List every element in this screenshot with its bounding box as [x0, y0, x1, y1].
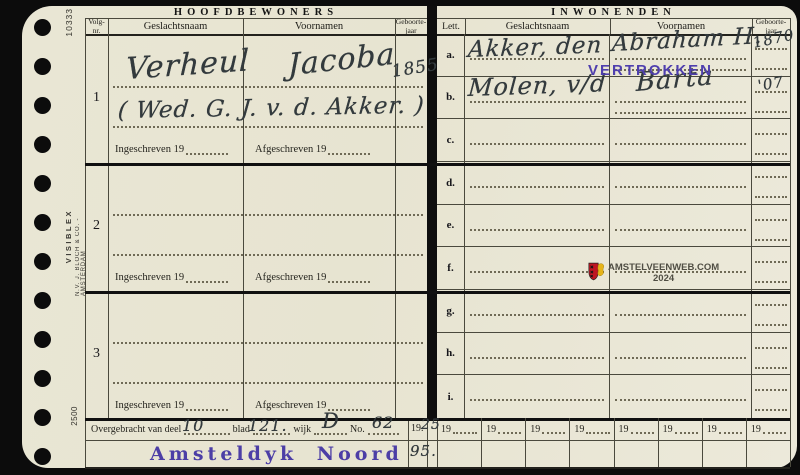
inwonende-row: h. — [437, 333, 790, 376]
entry-line — [113, 214, 423, 216]
printed-19: 19 — [663, 424, 673, 435]
hoofdbewoners-table: 1 Ingeschreven 19 Afgeschreven 19 2 Inge… — [85, 34, 427, 418]
hoofdbewoners-title: HOOFDBEWONERS — [85, 7, 427, 18]
label-text: Ingeschreven 19 — [115, 400, 184, 411]
group-separator — [85, 163, 790, 166]
binder-hole — [34, 253, 51, 270]
printed-19: 19 — [751, 424, 761, 435]
firstnames-cell — [610, 162, 752, 204]
left-col-voornamen-header: Voornamen — [243, 19, 395, 34]
entry-line — [113, 86, 423, 88]
year-cell-empty — [525, 440, 569, 467]
transfer-label: Overgebracht van deel — [91, 424, 181, 435]
entry-line — [470, 271, 604, 273]
firstnames-cell — [610, 375, 752, 418]
ingeschreven-label: Ingeschreven 19 — [115, 272, 228, 283]
label-text: Ingeschreven 19 — [115, 272, 184, 283]
afgeschreven-label: Afgeschreven 19 — [255, 144, 370, 155]
row-number: 3 — [85, 290, 108, 418]
inwonende-row: i. — [437, 375, 790, 418]
binder-hole — [34, 19, 51, 36]
row-letter: b. — [437, 77, 465, 119]
amstelveen-crest-icon — [588, 262, 605, 283]
entry-line — [470, 143, 604, 145]
hw-year-25: 25 — [421, 417, 441, 433]
year-cell-empty — [614, 440, 658, 467]
row-letter: d. — [437, 162, 465, 204]
card-serial-number: 10333 — [64, 8, 74, 37]
printed-19: 19 — [486, 424, 496, 435]
binder-hole — [34, 58, 51, 75]
entry-line — [615, 399, 746, 401]
binder-hole — [34, 214, 51, 231]
hoofdbewoner-row: 3 Ingeschreven 19 Afgeschreven 19 — [85, 290, 427, 418]
binder-hole — [34, 370, 51, 387]
inwonende-row: g. — [437, 290, 790, 333]
row-letter: h. — [437, 333, 465, 375]
year-cell: 19 — [658, 418, 702, 440]
row-letter: a. — [437, 34, 465, 76]
year-cell — [752, 162, 790, 204]
dotted-blank — [542, 424, 565, 434]
entry-line — [113, 254, 423, 256]
year-cell-empty — [481, 440, 525, 467]
entry-line — [470, 314, 604, 316]
printed-19: 19 — [530, 424, 540, 435]
inwonende-row: c. — [437, 119, 790, 162]
label-text: Afgeschreven 19 — [255, 400, 326, 411]
year-cell: 19 — [525, 418, 569, 440]
printed-19: 19 — [619, 424, 629, 435]
surname-cell — [465, 119, 610, 161]
entry-line — [755, 347, 787, 349]
row-letter: i. — [437, 375, 465, 418]
afgeschreven-label: Afgeschreven 19 — [255, 400, 370, 411]
year-cell-empty — [437, 440, 481, 467]
year-cell — [752, 333, 790, 375]
firstnames-cell — [610, 119, 752, 161]
entry-line — [755, 176, 787, 178]
entry-line — [470, 186, 604, 188]
row-number: 2 — [85, 162, 108, 290]
grid-line — [790, 18, 791, 467]
row-letter: c. — [437, 119, 465, 161]
dotted-blank — [498, 424, 521, 434]
inwonenden-title: INWONENDEN — [437, 7, 790, 18]
dotted-blank — [675, 424, 698, 434]
ingeschreven-label: Ingeschreven 19 — [115, 400, 228, 411]
printed-19: 19 — [441, 424, 451, 435]
year-cell: 19 — [437, 418, 481, 440]
printed-19: 19 — [707, 424, 717, 435]
group-separator — [85, 291, 790, 294]
entry-line — [113, 382, 423, 384]
surname-cell — [465, 290, 610, 332]
year-value-cells — [437, 440, 790, 467]
year-cell: 19 — [746, 418, 790, 440]
dotted-blank — [186, 144, 228, 155]
year-cell: 19 — [614, 418, 658, 440]
entry-line — [755, 281, 787, 283]
dotted-blank — [328, 272, 370, 283]
entry-line — [615, 101, 746, 103]
hoofdbewoner-row: 2 Ingeschreven 19 Afgeschreven 19 — [85, 162, 427, 290]
entry-line — [113, 126, 423, 128]
watermark: AMSTELVEENWEB.COM 2024 — [588, 262, 719, 285]
year-cell — [752, 375, 790, 418]
dotted-blank — [186, 272, 228, 283]
binder-hole — [34, 448, 51, 465]
left-col-geboortejaar-header: Geboorte- jaar — [395, 19, 427, 34]
entry-line — [755, 133, 787, 135]
entry-line — [615, 143, 746, 145]
year-header-cells: 19 19 19 19 19 19 19 19 — [437, 418, 790, 440]
entry-line — [755, 111, 787, 113]
label-text: Afgeschreven 19 — [255, 144, 326, 155]
entry-line — [615, 357, 746, 359]
entry-line — [615, 186, 746, 188]
row-number: 1 — [85, 34, 108, 162]
surname-cell — [465, 333, 610, 375]
year-cell — [752, 119, 790, 161]
entry-line — [615, 314, 746, 316]
year-cell-empty — [746, 440, 790, 467]
hw-no-value: 62 — [372, 413, 394, 432]
vertrokken-stamp: VERTROKKEN — [588, 62, 713, 79]
dotted-blank — [763, 424, 786, 434]
inwonende-row: e. — [437, 205, 790, 248]
entry-line — [755, 304, 787, 306]
printed-19: 19 — [574, 424, 584, 435]
row-letter: g. — [437, 290, 465, 332]
watermark-year: 2024 — [608, 273, 719, 284]
dotted-blank — [453, 424, 477, 434]
inwonende-row: d. — [437, 162, 790, 205]
binder-hole — [34, 175, 51, 192]
ingeschreven-label: Ingeschreven 19 — [115, 144, 228, 155]
surname-cell — [465, 375, 610, 418]
grid-line — [610, 19, 611, 34]
afgeschreven-label: Afgeschreven 19 — [255, 272, 370, 283]
print-run-number: 2500 — [70, 406, 79, 426]
hw-wijk-value: D — [322, 409, 340, 433]
entry-line — [615, 112, 746, 114]
entry-line — [470, 399, 604, 401]
dotted-blank — [719, 424, 742, 434]
binder-hole — [34, 97, 51, 114]
entry-line — [615, 229, 746, 231]
left-col-volgnr-header: Volg- nr. — [85, 19, 108, 34]
entry-line — [755, 389, 787, 391]
year-cell: 19 — [481, 418, 525, 440]
grid-line — [108, 19, 109, 418]
binder-hole — [34, 292, 51, 309]
year-cell-empty — [569, 440, 613, 467]
register-card: 10333 VISIBLEX N.V. J. BLOCH & CO. - AMS… — [22, 6, 797, 468]
entry-line — [755, 153, 787, 155]
grid-line — [465, 19, 466, 34]
hw-blad-value: 121. — [248, 416, 288, 435]
surname-cell — [465, 162, 610, 204]
year-cell — [752, 290, 790, 332]
hw-number-95: 95. — [410, 442, 437, 460]
watermark-site: AMSTELVEENWEB.COM — [608, 262, 719, 273]
binder-hole — [34, 331, 51, 348]
year-cell-empty — [658, 440, 702, 467]
entry-line — [755, 196, 787, 198]
entry-line — [470, 357, 604, 359]
left-col-geslachtsnaam-header: Geslachtsnaam — [108, 19, 243, 34]
surname-cell — [465, 205, 610, 247]
row-letter: e. — [437, 205, 465, 247]
hw-deel-value: 10 — [182, 416, 204, 435]
label-text: Afgeschreven 19 — [255, 272, 326, 283]
printer-imprint: VISIBLEX N.V. J. BLOCH & CO. - AMSTERDAM — [64, 176, 87, 296]
right-col-lett-header: Lett. — [437, 19, 465, 34]
no-label: No. — [350, 424, 365, 435]
wijk-label: wijk — [293, 424, 311, 435]
firstnames-cell — [610, 205, 752, 247]
entry-line — [755, 219, 787, 221]
dotted-blank — [586, 424, 609, 434]
right-col-geslachtsnaam-header: Geslachtsnaam — [465, 19, 610, 34]
entry-line — [755, 409, 787, 411]
entry-line — [615, 58, 746, 60]
transfer-row: Overgebracht van deel blad wijk No. — [85, 418, 408, 440]
street-stamp: Amsteldyk Noord — [150, 443, 403, 465]
entry-line — [755, 239, 787, 241]
firstnames-cell — [610, 333, 752, 375]
dotted-blank — [328, 144, 370, 155]
grid-line — [85, 18, 86, 467]
firstnames-cell — [610, 290, 752, 332]
scan-background: { "margin": { "serial_top": "10333", "br… — [0, 0, 800, 475]
entry-line — [113, 342, 423, 344]
entry-line — [755, 261, 787, 263]
bottom-rule — [85, 467, 790, 469]
watermark-text: AMSTELVEENWEB.COM 2024 — [608, 262, 719, 285]
year-cell: 19 — [702, 418, 746, 440]
year-cell — [752, 205, 790, 247]
entry-line — [755, 68, 787, 70]
year-cell — [752, 247, 790, 289]
dotted-blank — [631, 424, 654, 434]
row-letter: f. — [437, 247, 465, 289]
brand-label: VISIBLEX — [64, 209, 73, 263]
year-cell-empty — [702, 440, 746, 467]
hw-surname-akker: Akker, den — [467, 32, 603, 63]
label-text: Ingeschreven 19 — [115, 144, 184, 155]
binder-hole — [34, 136, 51, 153]
year-cell: 19 — [569, 418, 613, 440]
entry-line — [470, 229, 604, 231]
hw-surname-molen: Molen, v/d — [467, 69, 608, 102]
entry-line — [755, 324, 787, 326]
dotted-blank — [186, 400, 228, 411]
hw-widow-note: ( Wed. G. J. v. d. Akker. ) — [117, 93, 426, 124]
entry-line — [755, 367, 787, 369]
binder-hole — [34, 409, 51, 426]
